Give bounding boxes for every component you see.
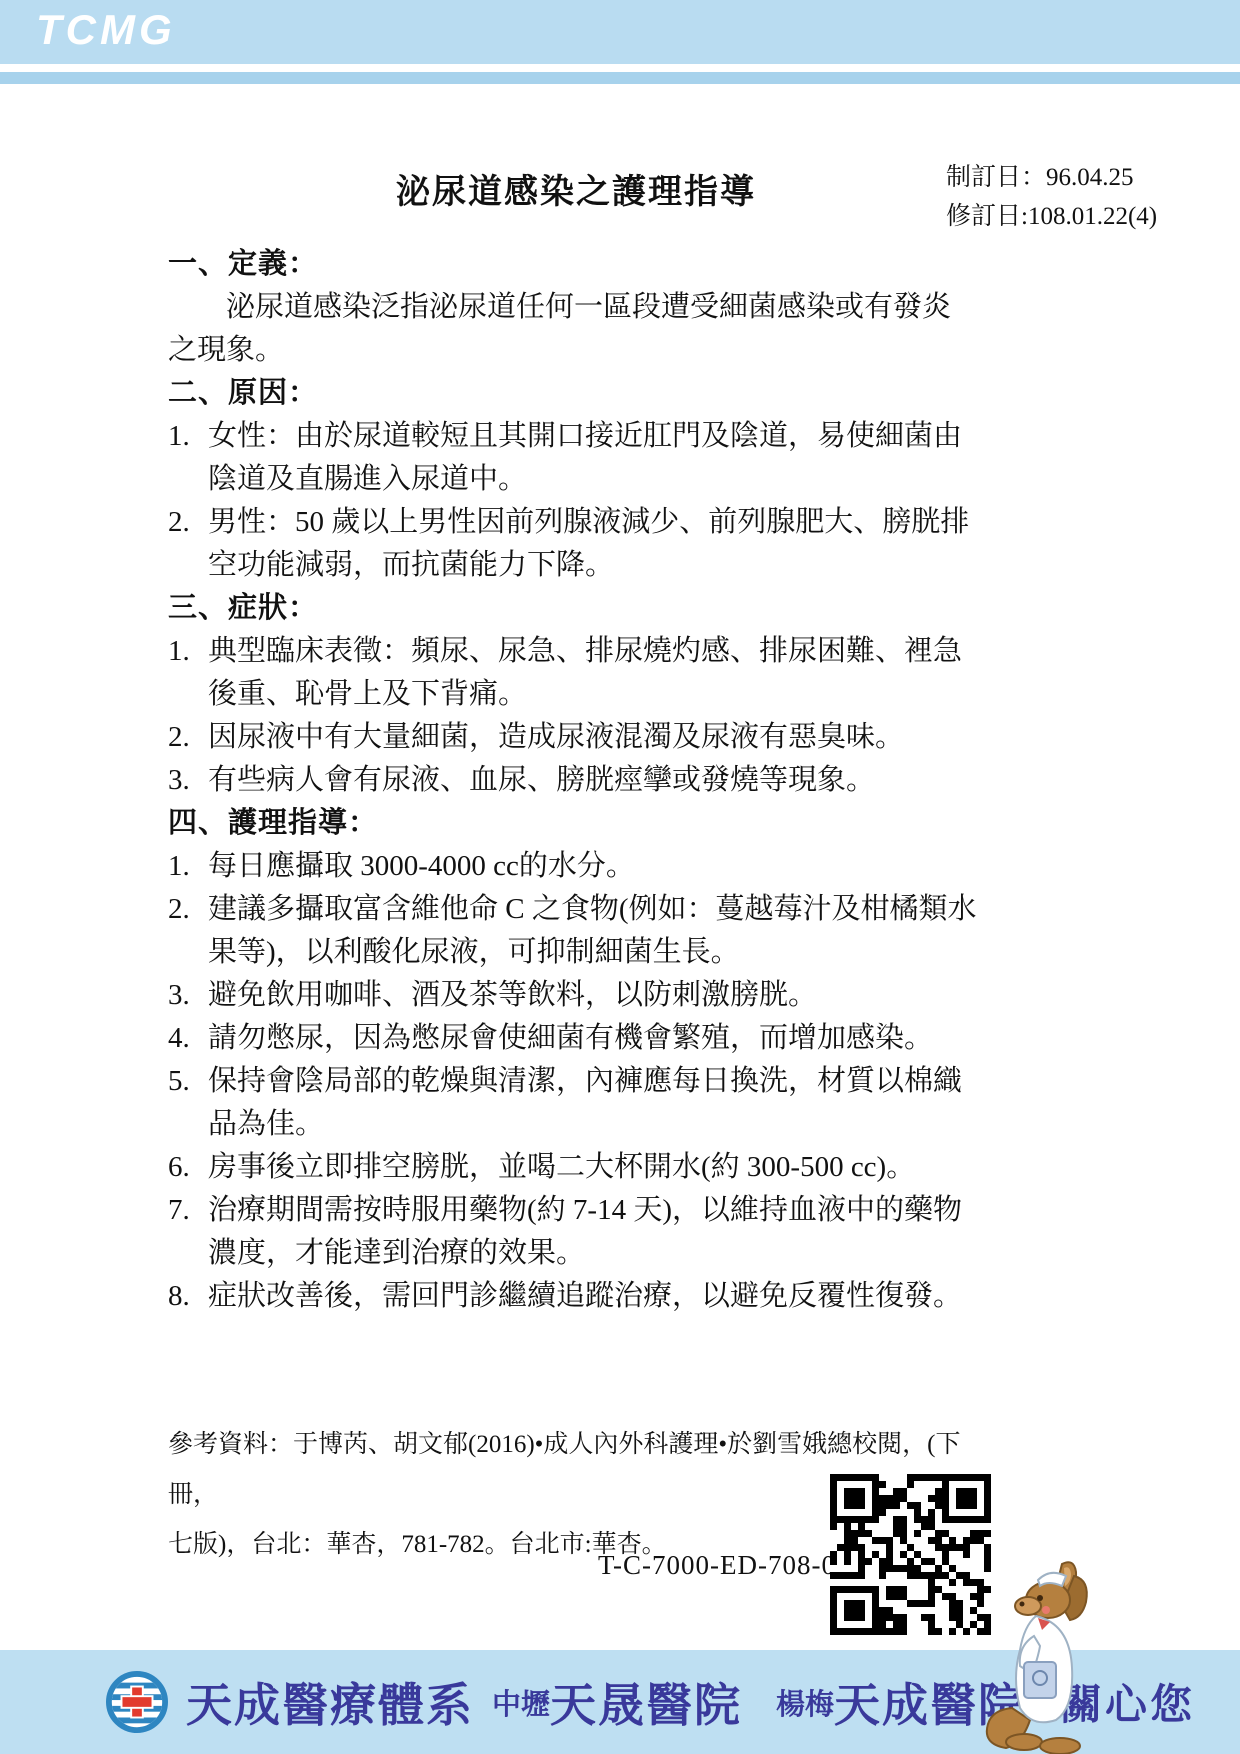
document-body: 一、定義： 泌尿道感染泛指泌尿道任何一區段遭受細菌感染或有發炎之現象。 二、原因… <box>168 243 978 1318</box>
list-item: 8. 症狀改善後，需回門診繼續追蹤治療，以避免反覆性復發。 <box>168 1275 978 1318</box>
section-heading-nursing-guide: 四、護理指導： <box>168 802 978 845</box>
header-stripe <box>0 72 1240 84</box>
list-item: 2. 男性：50 歲以上男性因前列腺液減少、前列腺肥大、膀胱排空功能減弱，而抗菌… <box>168 501 978 587</box>
item-text: 因尿液中有大量細菌，造成尿液混濁及尿液有惡臭味。 <box>208 721 904 753</box>
item-number: 5. <box>168 1060 190 1103</box>
qr-code <box>830 1474 992 1636</box>
list-item: 1. 典型臨床表徵：頻尿、尿急、排尿燒灼感、排尿困難、裡急後重、恥骨上及下背痛。 <box>168 630 978 716</box>
item-number: 1. <box>168 630 190 673</box>
item-number: 2. <box>168 501 190 544</box>
footer-branch1-area: 中壢 <box>492 1682 550 1723</box>
created-date: 制訂日：96.04.25 <box>946 158 1157 197</box>
item-number: 7. <box>168 1189 190 1232</box>
item-number: 8. <box>168 1275 190 1318</box>
document-code: T-C-7000-ED-708-03 <box>598 1550 850 1581</box>
list-item: 3. 有些病人會有尿液、血尿、膀胱痙攣或發燒等現象。 <box>168 759 978 802</box>
footer-branch1-name: 天晟醫院 <box>550 1669 742 1735</box>
revised-date: 修訂日:108.01.22(4) <box>946 197 1157 236</box>
section-heading-symptoms: 三、症狀： <box>168 587 978 630</box>
item-text: 女性：由於尿道較短且其開口接近肛門及陰道，易使細菌由陰道及直腸進入尿道中。 <box>208 420 962 495</box>
header-band: TCMG <box>0 0 1240 64</box>
item-number: 1. <box>168 415 190 458</box>
item-text: 房事後立即排空膀胱，並喝二大杯開水(約 300-500 cc)。 <box>208 1151 915 1183</box>
item-text: 症狀改善後，需回門診繼續追蹤治療，以避免反覆性復發。 <box>208 1280 962 1312</box>
revision-dates: 制訂日：96.04.25 修訂日:108.01.22(4) <box>946 158 1157 236</box>
item-text: 避免飲用咖啡、酒及茶等飲料，以防刺激膀胱。 <box>208 979 817 1011</box>
list-item: 1. 女性：由於尿道較短且其開口接近肛門及陰道，易使細菌由陰道及直腸進入尿道中。 <box>168 415 978 501</box>
list-item: 1. 每日應攝取 3000-4000 cc的水分。 <box>168 845 978 888</box>
section-heading-causes: 二、原因： <box>168 372 978 415</box>
list-item: 2. 因尿液中有大量細菌，造成尿液混濁及尿液有惡臭味。 <box>168 716 978 759</box>
definition-paragraph: 泌尿道感染泛指泌尿道任何一區段遭受細菌感染或有發炎之現象。 <box>168 286 978 372</box>
list-item: 5. 保持會陰局部的乾燥與清潔，內褲應每日換洗，材質以棉織品為佳。 <box>168 1060 978 1146</box>
list-item: 2. 建議多攝取富含維他命 C 之食物(例如：蔓越莓汁及柑橘類水果等)，以利酸化… <box>168 888 978 974</box>
hospital-system-logo-icon <box>106 1671 168 1733</box>
item-number: 1. <box>168 845 190 888</box>
document-page: TCMG 泌尿道感染之護理指導 制訂日：96.04.25 修訂日:108.01.… <box>0 0 1240 1754</box>
footer-branch2-area: 楊梅 <box>776 1682 834 1723</box>
item-number: 2. <box>168 716 190 759</box>
brand-logo-text: TCMG <box>36 6 176 54</box>
list-item: 6. 房事後立即排空膀胱，並喝二大杯開水(約 300-500 cc)。 <box>168 1146 978 1189</box>
list-item: 7. 治療期間需按時服用藥物(約 7-14 天)，以維持血液中的藥物濃度，才能達… <box>168 1189 978 1275</box>
section-heading-definition: 一、定義： <box>168 243 978 286</box>
item-text: 保持會陰局部的乾燥與清潔，內褲應每日換洗，材質以棉織品為佳。 <box>208 1065 962 1140</box>
item-text: 有些病人會有尿液、血尿、膀胱痙攣或發燒等現象。 <box>208 764 875 796</box>
item-number: 3. <box>168 974 190 1017</box>
item-number: 4. <box>168 1017 190 1060</box>
item-number: 2. <box>168 888 190 931</box>
list-item: 4. 請勿憋尿，因為憋尿會使細菌有機會繁殖，而增加感染。 <box>168 1017 978 1060</box>
item-number: 3. <box>168 759 190 802</box>
list-item: 3. 避免飲用咖啡、酒及茶等飲料，以防刺激膀胱。 <box>168 974 978 1017</box>
item-text: 治療期間需按時服用藥物(約 7-14 天)，以維持血液中的藥物濃度，才能達到治療… <box>208 1194 962 1269</box>
item-number: 6. <box>168 1146 190 1189</box>
item-text: 典型臨床表徵：頻尿、尿急、排尿燒灼感、排尿困難、裡急後重、恥骨上及下背痛。 <box>208 635 962 710</box>
item-text: 男性：50 歲以上男性因前列腺液減少、前列腺肥大、膀胱排空功能減弱，而抗菌能力下… <box>208 506 969 581</box>
item-text: 建議多攝取富含維他命 C 之食物(例如：蔓越莓汁及柑橘類水果等)，以利酸化尿液，… <box>208 893 977 968</box>
item-text: 每日應攝取 3000-4000 cc的水分。 <box>208 850 635 882</box>
item-text: 請勿憋尿，因為憋尿會使細菌有機會繁殖，而增加感染。 <box>208 1022 933 1054</box>
nurse-kangaroo-mascot-icon <box>978 1558 1098 1754</box>
footer-system-name: 天成醫療體系 <box>186 1669 474 1735</box>
page-title: 泌尿道感染之護理指導 <box>396 164 756 213</box>
